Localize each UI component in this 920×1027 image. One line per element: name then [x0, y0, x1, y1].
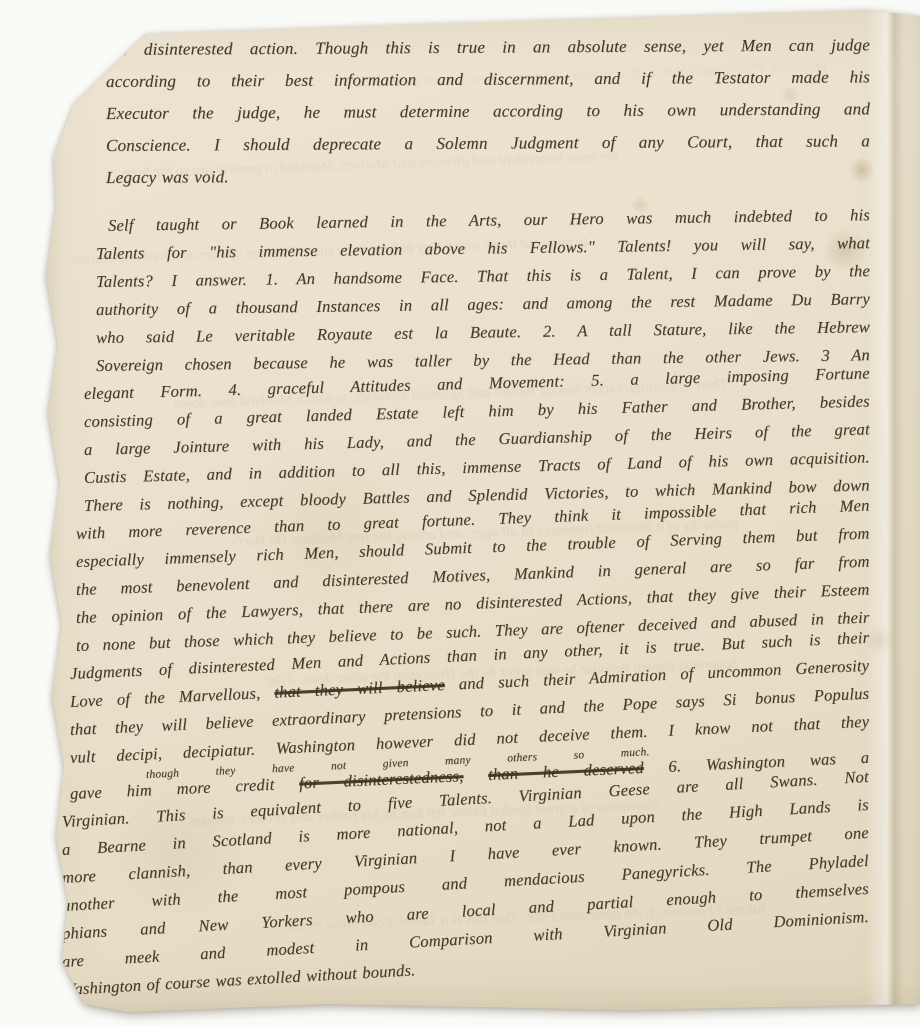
line-text: Love of the Marvellous, — [70, 683, 275, 711]
paragraph-legacy: a disinterested action. Though this is t… — [70, 34, 870, 194]
manuscript-line: Conscience. I should deprecate a Solemn … — [106, 125, 870, 162]
struck-text: that they will believe — [274, 675, 445, 702]
manuscript-line: Executor the judge, he must determine ac… — [106, 93, 870, 130]
handwritten-text-block: a disinterested action. Though this is t… — [70, 34, 870, 1004]
paper-shadow: the most benevolent and disinterested Mo… — [0, 0, 920, 1027]
scanned-document-background: the most benevolent and disinterested Mo… — [0, 0, 920, 1027]
manuscript-line: Legacy was void. — [106, 157, 870, 194]
manuscript-line: according to their best information and … — [106, 61, 870, 98]
line-text — [463, 765, 489, 785]
manuscript-line: a disinterested action. Though this is t… — [106, 29, 870, 66]
paragraph-talents: Self taught or Book learned in the Arts,… — [70, 212, 870, 1004]
manuscript-page: the most benevolent and disinterested Mo… — [28, 8, 920, 1020]
